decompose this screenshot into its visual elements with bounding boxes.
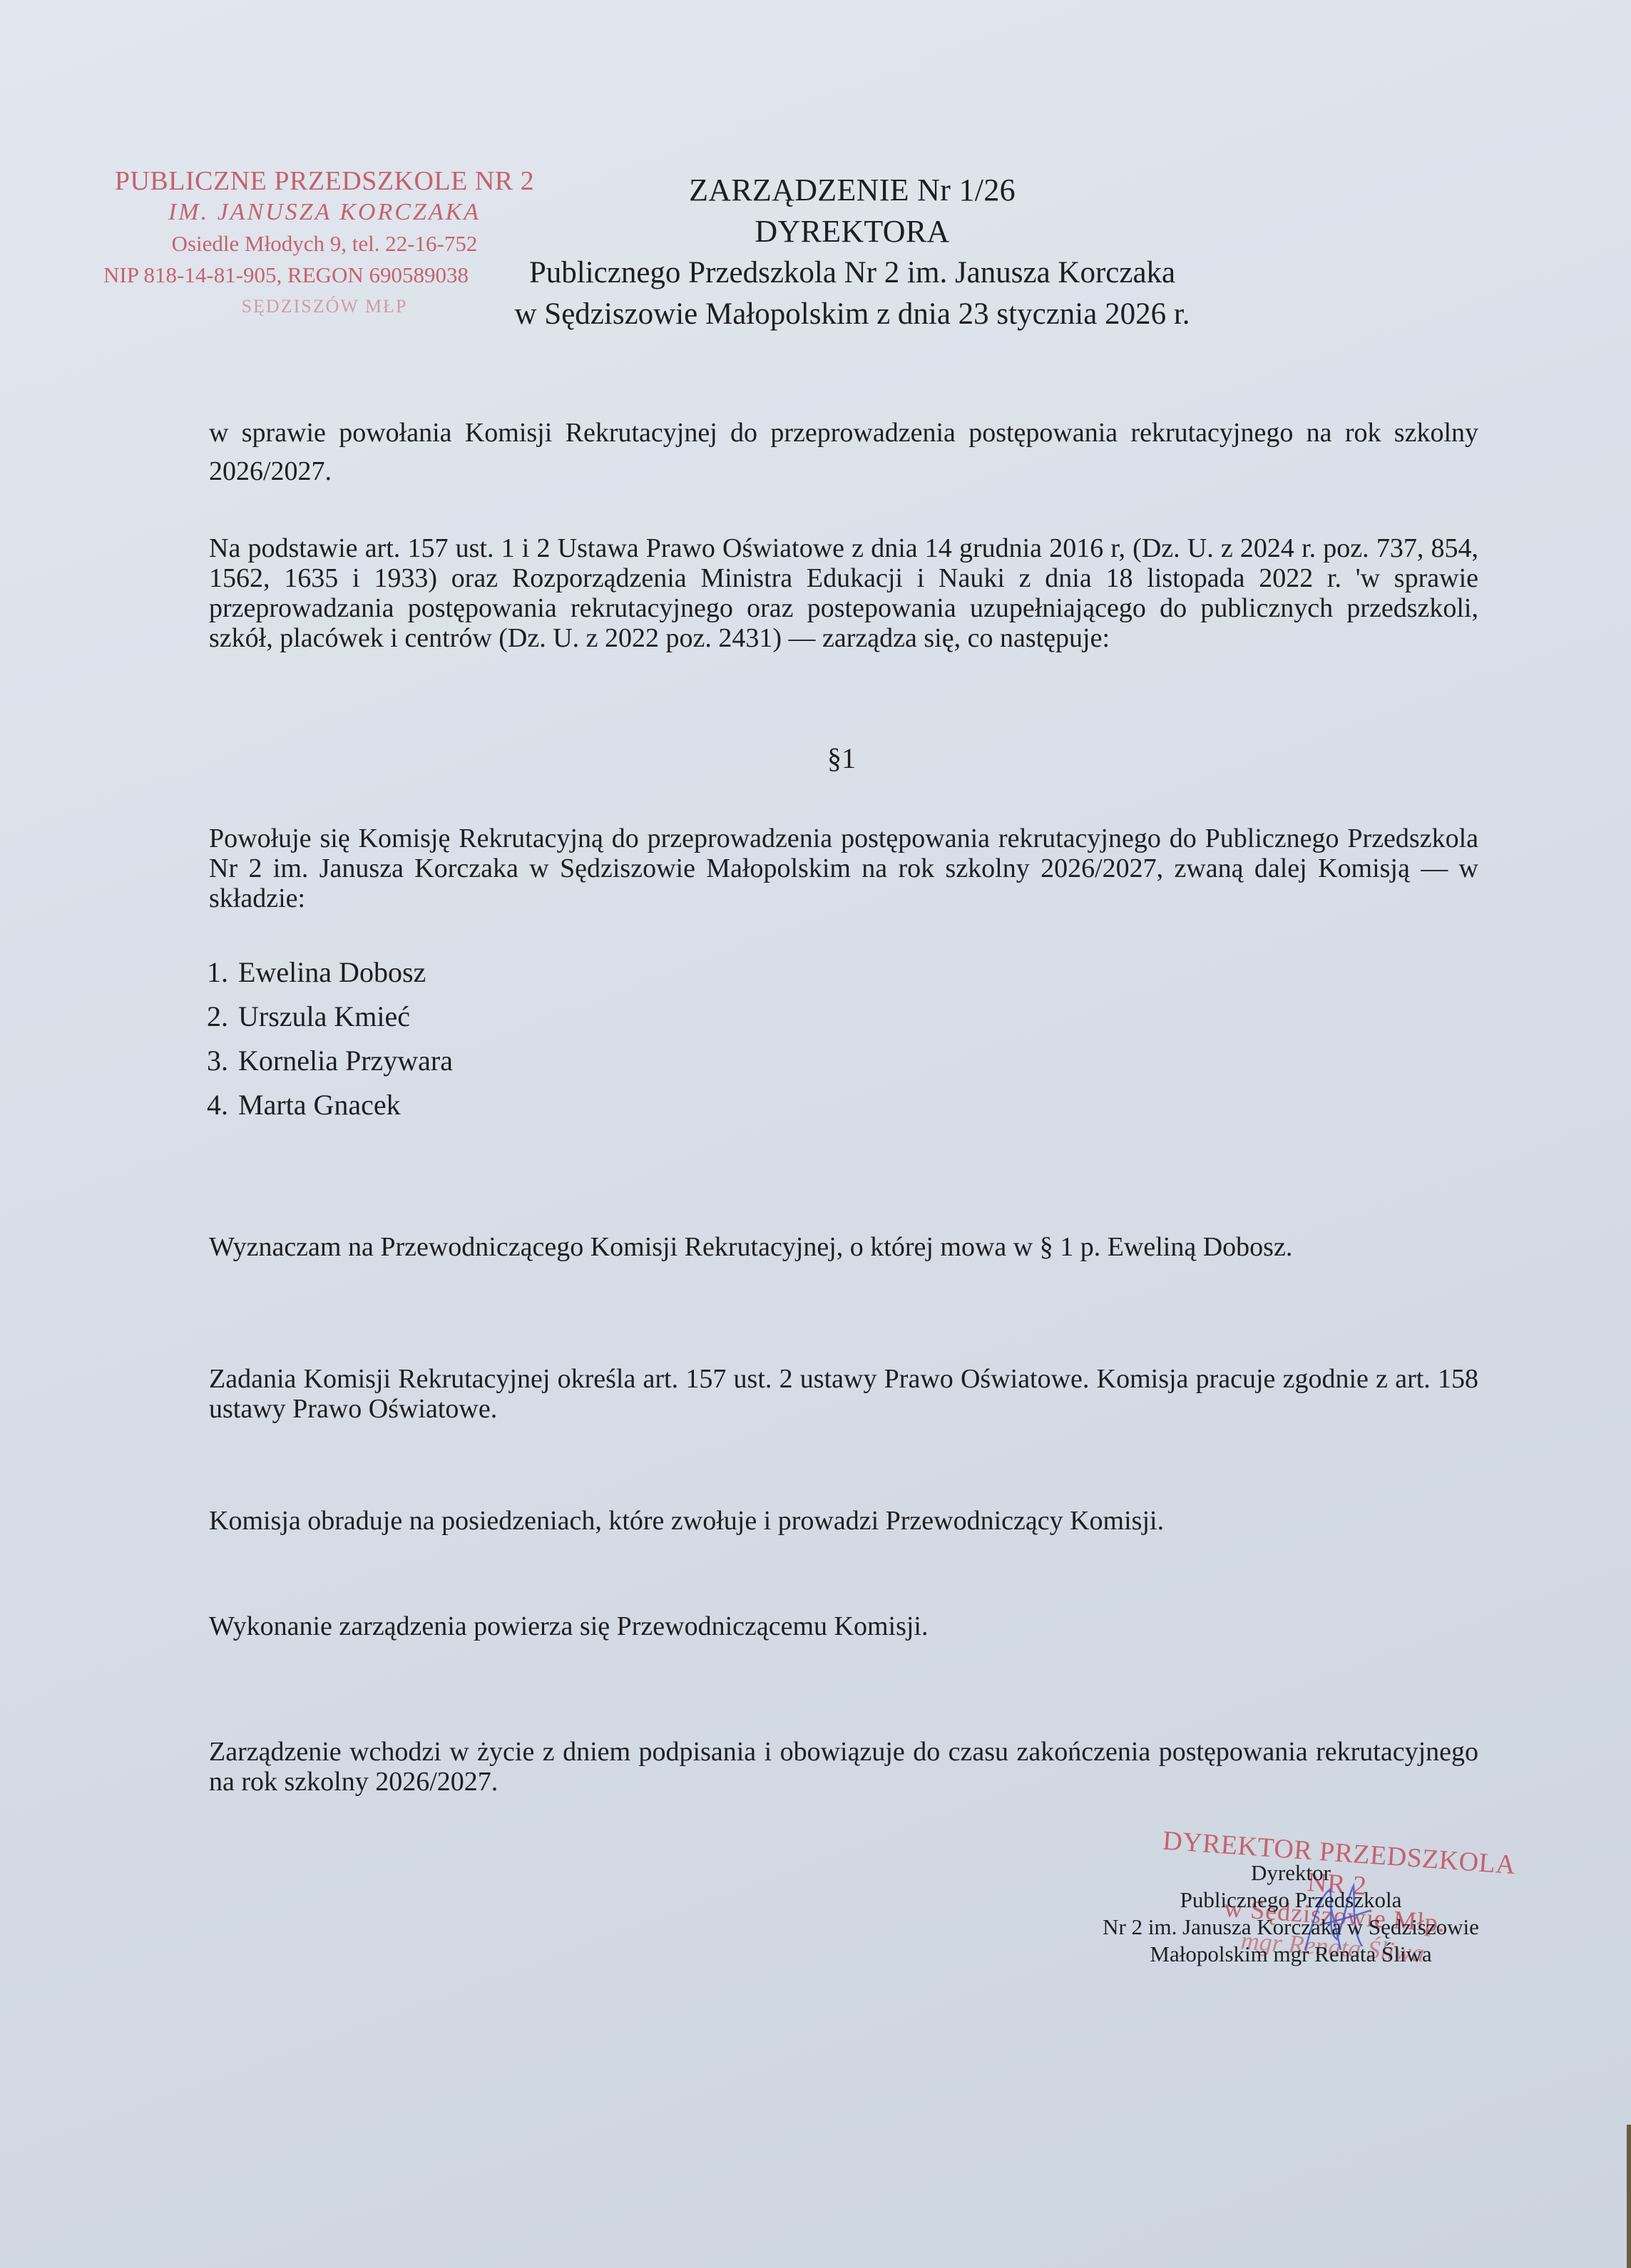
document-title: ZARZĄDZENIE Nr 1/26 — [456, 170, 1248, 211]
tasks-paragraph: Zadania Komisji Rekrutacyjnej określa ar… — [209, 1364, 1478, 1424]
signature-title: Dyrektor — [1063, 1859, 1519, 1887]
document-header: ZARZĄDZENIE Nr 1/26 DYREKTORA Publiczneg… — [456, 170, 1248, 335]
legal-basis-paragraph: Na podstawie art. 157 ust. 1 i 2 Ustawa … — [209, 533, 1478, 653]
member-name: Kornelia Przywara — [238, 1045, 453, 1077]
signatory-name: Małopolskim mgr Renata Śliwa — [1063, 1941, 1519, 1968]
document-issuer: DYREKTORA — [456, 211, 1248, 252]
committee-members-list: 1.Ewelina Dobosz 2.Urszula Kmieć 3.Korne… — [207, 950, 453, 1127]
list-item: 1.Ewelina Dobosz — [207, 950, 453, 995]
member-name: Ewelina Dobosz — [238, 956, 426, 988]
effective-date-paragraph: Zarządzenie wchodzi w życie z dniem podp… — [209, 1737, 1478, 1797]
signature-block: Dyrektor Publicznego Przedszkola Nr 2 im… — [1063, 1859, 1519, 1968]
subject-paragraph: w sprawie powołania Komisji Rekrutacyjne… — [209, 414, 1478, 491]
document-place-date: w Sędziszowie Małopolskim z dnia 23 styc… — [456, 294, 1248, 335]
appointment-paragraph: Powołuje się Komisję Rekrutacyjną do prz… — [209, 823, 1478, 913]
member-name: Marta Gnacek — [238, 1089, 401, 1121]
member-name: Urszula Kmieć — [238, 1000, 410, 1032]
section-heading: §1 — [827, 742, 856, 775]
list-item: 3.Kornelia Przywara — [207, 1039, 453, 1083]
list-item: 4.Marta Gnacek — [207, 1083, 453, 1127]
execution-paragraph: Wykonanie zarządzenia powierza się Przew… — [209, 1611, 1478, 1641]
chair-paragraph: Wyznaczam na Przewodniczącego Komisji Re… — [209, 1232, 1478, 1262]
list-item: 2.Urszula Kmieć — [207, 995, 453, 1039]
document-institution: Publicznego Przedszkola Nr 2 im. Janusza… — [456, 252, 1248, 294]
table-edge — [1627, 2125, 1631, 2268]
meetings-paragraph: Komisja obraduje na posiedzeniach, które… — [209, 1506, 1478, 1536]
